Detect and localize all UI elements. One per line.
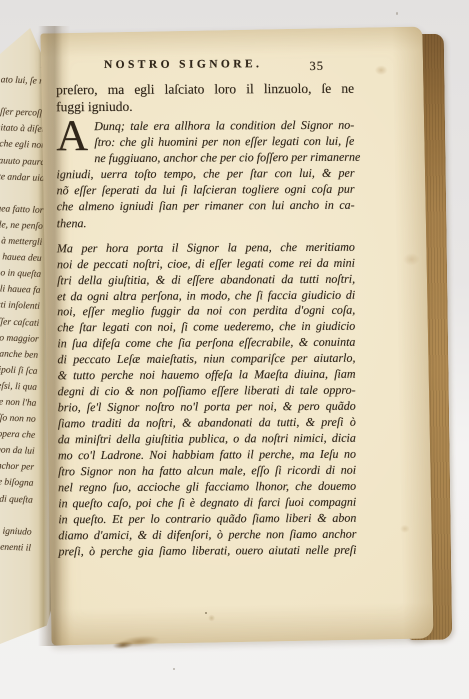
text-line: da miniſtri della giuſtitia publica, o d… bbox=[58, 431, 356, 449]
drop-cap-initial: A bbox=[56, 118, 91, 151]
text-line: Dunq; tale era allhora la condition del … bbox=[56, 117, 354, 135]
text-line: preſero, ma egli laſciato loro il linzuo… bbox=[56, 81, 354, 99]
text-line: in queſto caſo, poi che ſi è degnato di … bbox=[58, 495, 356, 513]
text-line: brio, ſe'l Signor noſtro no'l porta per … bbox=[58, 399, 356, 417]
text-line: Ma per hora porta il Signor la pena, che… bbox=[57, 239, 355, 257]
text-line: di peccato Leſæ maieſtatis, niun compari… bbox=[57, 351, 355, 369]
first-paragraph: A Dunq; tale era allhora la condition de… bbox=[56, 117, 355, 231]
text-line: degni di cio & non poſſiamo eſſere liber… bbox=[58, 383, 356, 401]
opening-paragraph: preſero, ma egli laſciato loro il linzuo… bbox=[56, 81, 354, 116]
header-title: NOSTRO SIGNORE. bbox=[104, 58, 262, 71]
paper-speck bbox=[205, 612, 207, 614]
text-line: thena. bbox=[57, 213, 355, 231]
second-paragraph: Ma per hora porta il Signor la pena, che… bbox=[57, 239, 357, 560]
page-number: 35 bbox=[309, 59, 324, 74]
text-line: ne fuggiuano, anchor che per cio foſſero… bbox=[56, 149, 354, 167]
text-line: in queſto. Et per lo contrario quãdo ſia… bbox=[58, 511, 356, 529]
text-line: noi de peccati noſtri, cioe, di eſſer le… bbox=[57, 255, 355, 273]
text-line: in ſua difeſa come che ſia perſona eſſec… bbox=[57, 335, 355, 353]
text-line: che almeno igniudi ſian per rimaner con … bbox=[57, 197, 355, 215]
text-line: ſtro Signor non ha fatto alcun male, eſſ… bbox=[58, 463, 356, 481]
text-line: fuggi igniudo. bbox=[56, 97, 354, 115]
text-line: igniudi, uerra toſto tempo, che per ſtar… bbox=[56, 165, 354, 183]
text-line: & tutto perche noi hauemo offeſa la Maeſ… bbox=[58, 367, 356, 385]
paper-speck bbox=[396, 12, 398, 15]
text-line: nel regno ſuo, accioche gli facciamo lho… bbox=[58, 479, 356, 497]
page-text-block: NOSTRO SIGNORE. 35 preſero, ma egli laſc… bbox=[56, 58, 357, 560]
right-page: NOSTRO SIGNORE. 35 preſero, ma egli laſc… bbox=[40, 27, 433, 646]
running-header: NOSTRO SIGNORE. 35 bbox=[56, 58, 354, 78]
text-line: diamo d'amici, & di difenſori, ò perche … bbox=[58, 527, 356, 545]
paper-speck bbox=[173, 668, 175, 670]
text-line: noi, eſſer meglio fuggir da noi con perd… bbox=[57, 303, 355, 321]
book-photo: L. ato lui, ſe ne eſſer percoſſo guitato… bbox=[0, 0, 469, 699]
text-line: mo co'l Ladrone. Noi habbiam fatto il pe… bbox=[58, 447, 356, 465]
text-line: ſtro: che gli huomini per non eſſer lega… bbox=[56, 133, 354, 151]
text-line: ſtri della giuſtitia, & di eſſere abando… bbox=[57, 271, 355, 289]
text-line: ſiamo traditi da noſtri, & abandonati da… bbox=[58, 415, 356, 433]
text-line: preſi, ò perche gia ſiamo liberati, ouer… bbox=[58, 542, 356, 560]
text-line: che ſtar legati con noi, ſi come uederem… bbox=[57, 319, 355, 337]
text-line: et da ogni altra perſona, in modo, che ſ… bbox=[57, 287, 355, 305]
text-line: nõ eſſer ſeperati da lui ſi laſcieran to… bbox=[57, 181, 355, 199]
